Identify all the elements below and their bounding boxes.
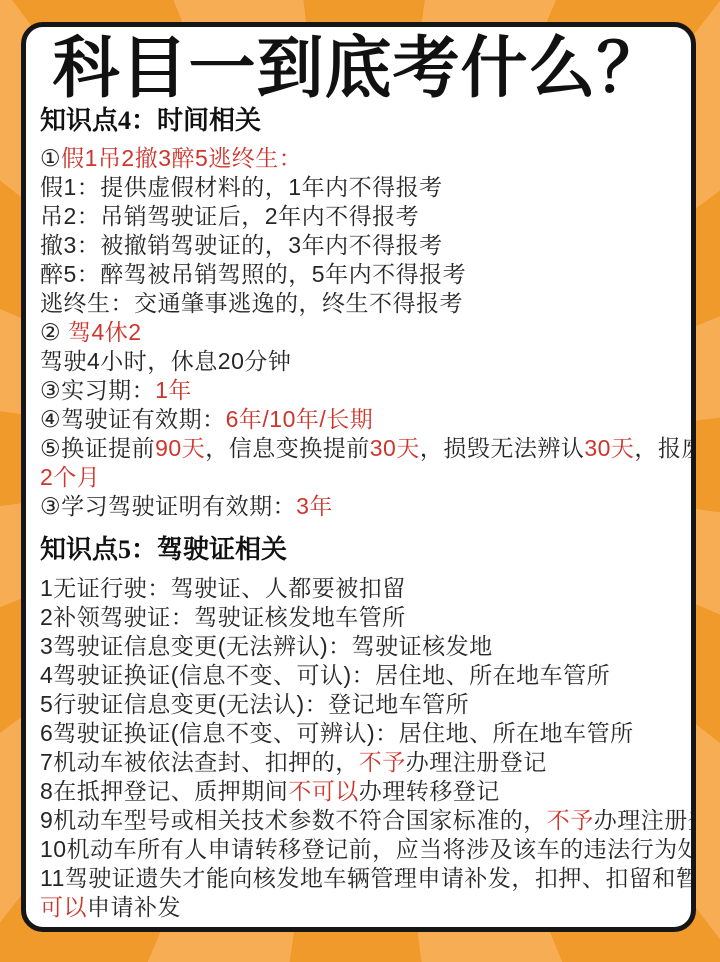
highlight-red-text: 3年	[296, 493, 333, 519]
section4-heading: 知识点4：时间相关	[40, 107, 677, 136]
text-line: ③实习期：1年	[40, 376, 677, 405]
body-text: 9机动车型号或相关技术参数不符合国家标准的，	[40, 807, 547, 833]
body-text: ①	[40, 145, 61, 171]
text-line: 1无证行驶：驾驶证、人都要被扣留	[40, 574, 677, 603]
section-knowledge-point-5: 知识点5：驾驶证相关 1无证行驶：驾驶证、人都要被扣留2补领驾驶证：驾驶证核发地…	[40, 536, 677, 922]
text-line: ①假1吊2撤3醉5逃终生：	[40, 144, 677, 173]
body-text: 假1：提供虚假材料的，1年内不得报考	[40, 174, 443, 200]
text-line: ③学习驾驶证明有效期：3年	[40, 492, 677, 521]
highlight-red-text: 2个月	[40, 464, 100, 490]
body-text: 7机动车被依法查封、扣押的，	[40, 749, 359, 775]
body-text: 醉5：醉驾被吊销驾照的，5年内不得报考	[40, 261, 466, 287]
text-line: 11驾驶证遗失才能向核发地车辆管理申请补发，扣押、扣留和暂扣都不	[40, 864, 677, 893]
body-text: 2补领驾驶证：驾驶证核发地车管所	[40, 604, 406, 630]
body-text: ④驾驶证有效期：	[40, 406, 226, 432]
text-line: 驾驶4小时，休息20分钟	[40, 347, 677, 376]
text-line: 2个月	[40, 463, 677, 492]
body-text: 办理转移登记	[359, 778, 500, 804]
body-text: 吊2：吊销驾驶证后，2年内不得报考	[40, 203, 419, 229]
text-line: 3驾驶证信息变更(无法辨认)：驾驶证核发地	[40, 632, 677, 661]
highlight-red-text: 30天	[584, 435, 634, 461]
text-line: 7机动车被依法查封、扣押的，不予办理注册登记	[40, 748, 677, 777]
text-line: 4驾驶证换证(信息不变、可认)：居住地、所在地车管所	[40, 661, 677, 690]
body-text: 5行驶证信息变更(无法认)：登记地车管所	[40, 691, 469, 717]
body-text: ⑤换证提前	[40, 435, 155, 461]
body-text: ③学习驾驶证明有效期：	[40, 493, 296, 519]
highlight-red-text: 假1吊2撤3醉5逃终生：	[61, 145, 302, 171]
highlight-red-text: 1年	[155, 377, 192, 403]
body-text: 申请补发	[87, 894, 181, 920]
text-line: ④驾驶证有效期：6年/10年/长期	[40, 405, 677, 434]
body-text: 10机动车所有人申请转移登记前，应当将涉及该车的违法行为处理完毕	[40, 836, 696, 862]
text-line: 逃终生：交通肇事逃逸的，终生不得报考	[40, 289, 677, 318]
body-text: ，损毁无法辨认	[420, 435, 585, 461]
body-text: 逃终生：交通肇事逃逸的，终生不得报考	[40, 290, 463, 316]
section4-lines: ①假1吊2撤3醉5逃终生：假1：提供虚假材料的，1年内不得报考吊2：吊销驾驶证后…	[40, 144, 677, 521]
body-text: ，信息变换提前	[205, 435, 370, 461]
text-line: 10机动车所有人申请转移登记前，应当将涉及该车的违法行为处理完毕	[40, 835, 677, 864]
highlight-red-text: 不予	[359, 749, 406, 775]
highlight-red-text: 可以	[40, 894, 87, 920]
highlight-red-text: 不予	[547, 807, 594, 833]
body-text: ③实习期：	[40, 377, 155, 403]
body-text: 4驾驶证换证(信息不变、可认)：居住地、所在地车管所	[40, 662, 610, 688]
body-text: 11驾驶证遗失才能向核发地车辆管理申请补发，扣押、扣留和暂扣	[40, 865, 696, 891]
body-text: ，报废提前	[634, 435, 696, 461]
body-text: ②	[40, 319, 68, 345]
body-text: 办理注册登记	[594, 807, 696, 833]
highlight-red-text: 30天	[370, 435, 420, 461]
section5-heading: 知识点5：驾驶证相关	[40, 536, 677, 565]
text-line: 可以申请补发	[40, 893, 677, 922]
body-text: 8在抵押登记、质押期间	[40, 778, 288, 804]
text-line: 8在抵押登记、质押期间不可以办理转移登记	[40, 777, 677, 806]
page-title: 科目一到底考什么？	[40, 34, 677, 104]
text-line: 2补领驾驶证：驾驶证核发地车管所	[40, 603, 677, 632]
text-line: 9机动车型号或相关技术参数不符合国家标准的，不予办理注册登记	[40, 806, 677, 835]
content-card: 科目一到底考什么？ 知识点4：时间相关 ①假1吊2撤3醉5逃终生：假1：提供虚假…	[21, 22, 696, 932]
text-line: 假1：提供虚假材料的，1年内不得报考	[40, 173, 677, 202]
section-knowledge-point-4: 知识点4：时间相关 ①假1吊2撤3醉5逃终生：假1：提供虚假材料的，1年内不得报…	[40, 107, 677, 521]
section5-lines: 1无证行驶：驾驶证、人都要被扣留2补领驾驶证：驾驶证核发地车管所3驾驶证信息变更…	[40, 574, 677, 922]
highlight-red-text: 不可以	[288, 778, 359, 804]
text-line: 撤3：被撤销驾驶证的，3年内不得报考	[40, 231, 677, 260]
text-line: 醉5：醉驾被吊销驾照的，5年内不得报考	[40, 260, 677, 289]
text-line: 6驾驶证换证(信息不变、可辨认)：居住地、所在地车管所	[40, 719, 677, 748]
text-line: 5行驶证信息变更(无法认)：登记地车管所	[40, 690, 677, 719]
poster-page: 科目一到底考什么？ 知识点4：时间相关 ①假1吊2撤3醉5逃终生：假1：提供虚假…	[0, 0, 720, 962]
text-line: ⑤换证提前90天，信息变换提前30天，损毁无法辨认30天，报废提前	[40, 434, 677, 463]
body-text: 办理注册登记	[406, 749, 547, 775]
highlight-red-text: 90天	[155, 435, 205, 461]
body-text: 3驾驶证信息变更(无法辨认)：驾驶证核发地	[40, 633, 493, 659]
text-line: ② 驾4休2	[40, 318, 677, 347]
highlight-red-text: 6年/10年/长期	[226, 406, 374, 432]
highlight-red-text: 驾4休2	[68, 319, 142, 345]
body-text: 撤3：被撤销驾驶证的，3年内不得报考	[40, 232, 443, 258]
body-text: 6驾驶证换证(信息不变、可辨认)：居住地、所在地车管所	[40, 720, 634, 746]
body-text: 驾驶4小时，休息20分钟	[40, 348, 291, 374]
text-line: 吊2：吊销驾驶证后，2年内不得报考	[40, 202, 677, 231]
body-text: 1无证行驶：驾驶证、人都要被扣留	[40, 575, 406, 601]
